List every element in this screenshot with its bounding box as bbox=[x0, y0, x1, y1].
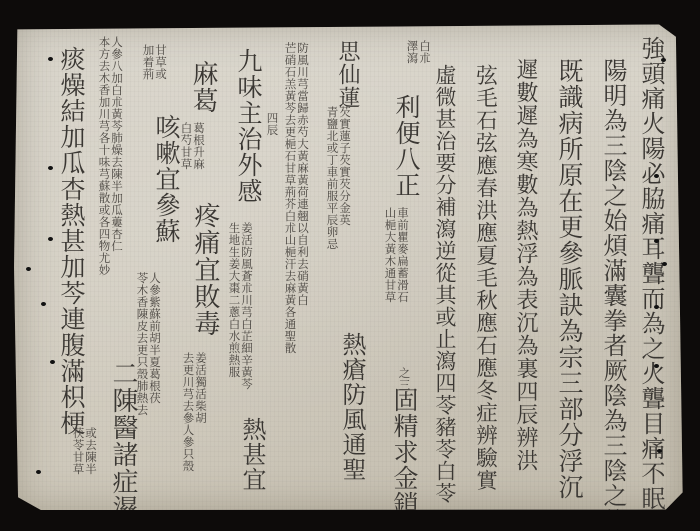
annotation-pair: 車前瞿麥扁蓄滑石 山梔大黃木通甘草 bbox=[384, 207, 408, 303]
text-column-5: 弦毛石弦應春洪應夏毛秋應石應冬症辨驗實 bbox=[474, 64, 496, 492]
text-column-13-tail: 二陳醫諸症濕 bbox=[110, 360, 136, 522]
text-column-2: 陽明為三陰之始煩滿囊拳者厥陰為三陰之終 bbox=[601, 58, 625, 531]
binding-hole bbox=[654, 305, 659, 309]
binding-hole bbox=[36, 470, 41, 474]
binding-hole bbox=[48, 166, 53, 170]
annotation-pair: 姜活防風蒼朮川芎白芷細辛黃芩 生地生姜大棗二蔥白水煎熱服 bbox=[228, 222, 252, 390]
text-column-7-main: 利便八正 bbox=[394, 94, 419, 198]
text-column-7-tail: 固精求金鎖 bbox=[392, 387, 417, 517]
binding-hole bbox=[26, 267, 31, 271]
text-column-10-tail: 熱甚宜 bbox=[240, 417, 264, 492]
binding-hole bbox=[654, 174, 659, 178]
annotation-pair: 葛根升麻 白芍甘草 bbox=[180, 122, 204, 170]
text-column-10-main: 九味主治外感 bbox=[236, 48, 261, 204]
binding-hole bbox=[654, 239, 659, 243]
text-column-8-main: 思仙蓮 bbox=[336, 40, 358, 109]
annotation-pair: 或去陳半 茯苓甘草 bbox=[72, 427, 96, 475]
binding-hole bbox=[662, 262, 667, 266]
binding-hole bbox=[50, 360, 55, 364]
annotation-pair: 甘草或 加着荊 bbox=[142, 44, 166, 80]
annotation-pair: 人參紫蘇前胡半夏葛根茯 苓木香陳皮去更只殼肺熱去 bbox=[136, 272, 160, 416]
binding-hole bbox=[48, 237, 53, 241]
binding-hole bbox=[654, 364, 659, 368]
text-column-12-main: 咳嗽宜參蘇 bbox=[154, 114, 179, 244]
binding-hole bbox=[661, 58, 666, 62]
annotation-pair: 姜活獨活柴胡 去更川芎去參人參只殼 bbox=[182, 352, 206, 472]
text-column-11-tail: 疼痛宜敗毒 bbox=[192, 202, 218, 337]
annotation-pair: 白朮 澤瀉 bbox=[406, 40, 430, 64]
text-column-3: 既識病所原在更參脈訣為宗三部分浮沉 bbox=[557, 58, 582, 500]
text-column-6: 虛微甚治要分補瀉逆從其或止瀉四苓豬苓白苓 bbox=[434, 64, 455, 504]
text-column-8-tail: 熱瘡防風通聖 bbox=[340, 332, 364, 482]
text-column-11-main: 麻葛 bbox=[190, 60, 216, 114]
annotation: 四辰 bbox=[266, 112, 278, 136]
binding-hole bbox=[657, 449, 662, 453]
annotation-pair: 防風川芎當歸赤芍大黃麻黃荷連翹以自利去硝黃白 芒硝石羔黃芩去更梔石甘草荊芥白朮山… bbox=[284, 42, 308, 354]
binding-hole bbox=[41, 302, 46, 306]
annotation-pair: 芡實蓮子芡實芡分金英 青鹽北或丁車前服平辰卵忌 bbox=[326, 106, 350, 250]
annotation-pair: 人參八加白朮黃芩肺燥去陳半加瓜蔞杏仁 本方去木香加川芎各十味芎蘇散或各四物尤妙 bbox=[98, 36, 122, 276]
manuscript-page: 強頭痛火陽必脇痛耳聾而為之火聾目痛不眠者 陽明為三陰之始煩滿囊拳者厥陰為三陰之終… bbox=[14, 22, 686, 512]
binding-hole bbox=[48, 57, 53, 61]
text-column-14: 痰燥結加瓜杏熱甚加芩連腹滿枳梗 bbox=[59, 46, 84, 436]
text-column-4: 遲數遲為寒數為熱浮為表沉為裏四辰辨洪 bbox=[514, 58, 536, 472]
text-column-1: 強頭痛火陽必脇痛耳聾而為之火聾目痛不眠者 bbox=[639, 36, 663, 531]
